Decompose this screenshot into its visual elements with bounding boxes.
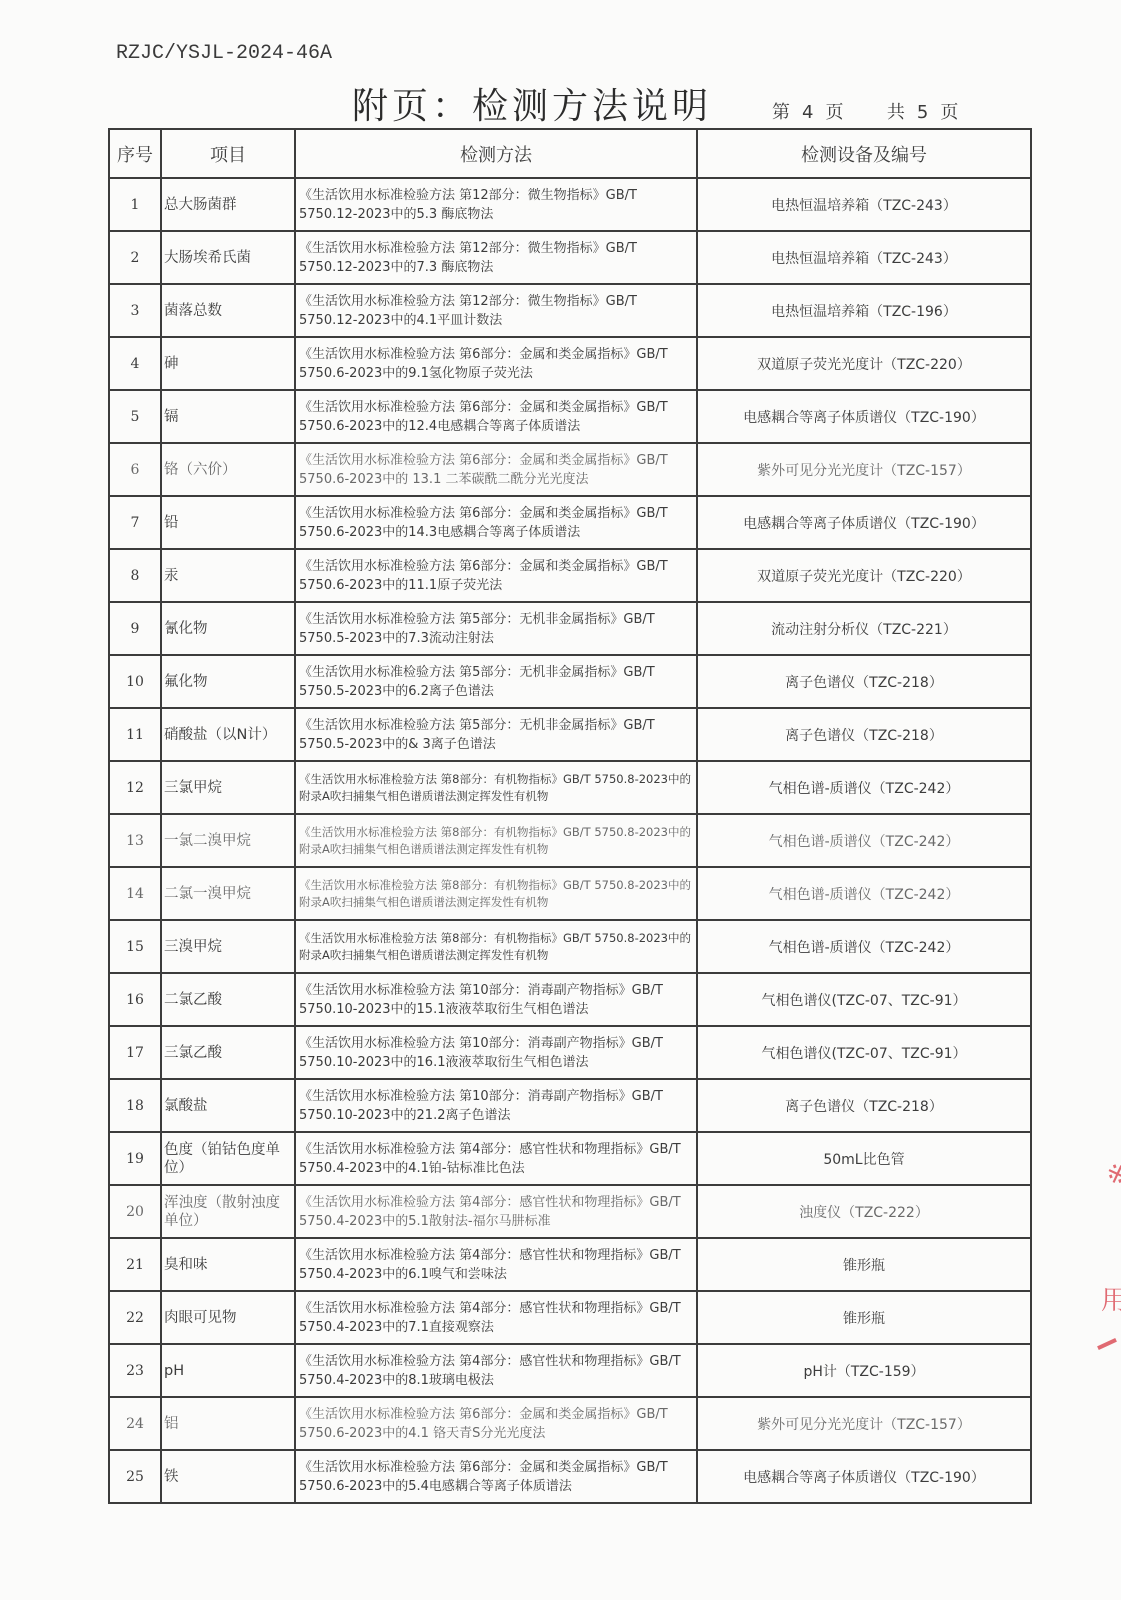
cell-method: 《生活饮用水标准检验方法 第6部分：金属和类金属指标》GB/T 5750.6-2… bbox=[295, 337, 697, 390]
cell-method: 《生活饮用水标准检验方法 第6部分：金属和类金属指标》GB/T 5750.6-2… bbox=[295, 549, 697, 602]
cell-method: 《生活饮用水标准检验方法 第4部分：感官性状和物理指标》GB/T 5750.4-… bbox=[295, 1132, 697, 1185]
column-header-item: 项目 bbox=[161, 129, 295, 178]
table-row: 5镉《生活饮用水标准检验方法 第6部分：金属和类金属指标》GB/T 5750.6… bbox=[109, 390, 1031, 443]
cell-equipment: 气相色谱-质谱仪（TZC-242） bbox=[697, 761, 1031, 814]
cell-item: 汞 bbox=[161, 549, 295, 602]
cell-method: 《生活饮用水标准检验方法 第8部分：有机物指标》GB/T 5750.8-2023… bbox=[295, 920, 697, 973]
cell-equipment: 紫外可见分光光度计（TZC-157） bbox=[697, 443, 1031, 496]
cell-number: 5 bbox=[109, 390, 161, 443]
cell-method: 《生活饮用水标准检验方法 第5部分：无机非金属指标》GB/T 5750.5-20… bbox=[295, 708, 697, 761]
cell-number: 10 bbox=[109, 655, 161, 708]
page-label-prefix: 第 bbox=[772, 102, 792, 123]
cell-method: 《生活饮用水标准检验方法 第6部分：金属和类金属指标》GB/T 5750.6-2… bbox=[295, 443, 697, 496]
cell-number: 4 bbox=[109, 337, 161, 390]
table-row: 13一氯二溴甲烷《生活饮用水标准检验方法 第8部分：有机物指标》GB/T 575… bbox=[109, 814, 1031, 867]
cell-number: 18 bbox=[109, 1079, 161, 1132]
cell-equipment: 双道原子荧光光度计（TZC-220） bbox=[697, 337, 1031, 390]
stamp-mark bbox=[1097, 1338, 1117, 1350]
cell-item: 镉 bbox=[161, 390, 295, 443]
table-row: 2大肠埃希氏菌《生活饮用水标准检验方法 第12部分：微生物指标》GB/T 575… bbox=[109, 231, 1031, 284]
cell-method: 《生活饮用水标准检验方法 第10部分：消毒副产物指标》GB/T 5750.10-… bbox=[295, 973, 697, 1026]
page-title: 附页：检测方法说明 bbox=[352, 78, 712, 129]
page-label-suffix: 页 bbox=[940, 102, 960, 123]
cell-item: 硝酸盐（以N计） bbox=[161, 708, 295, 761]
cell-number: 15 bbox=[109, 920, 161, 973]
cell-item: 氟化物 bbox=[161, 655, 295, 708]
cell-number: 24 bbox=[109, 1397, 161, 1450]
cell-equipment: 紫外可见分光光度计（TZC-157） bbox=[697, 1397, 1031, 1450]
cell-item: 三氯甲烷 bbox=[161, 761, 295, 814]
cell-equipment: 50mL比色管 bbox=[697, 1132, 1031, 1185]
cell-item: 三氯乙酸 bbox=[161, 1026, 295, 1079]
cell-number: 16 bbox=[109, 973, 161, 1026]
table-row: 9氰化物《生活饮用水标准检验方法 第5部分：无机非金属指标》GB/T 5750.… bbox=[109, 602, 1031, 655]
cell-item: 菌落总数 bbox=[161, 284, 295, 337]
cell-equipment: 气相色谱-质谱仪（TZC-242） bbox=[697, 814, 1031, 867]
cell-item: 铅 bbox=[161, 496, 295, 549]
table-row: 17三氯乙酸《生活饮用水标准检验方法 第10部分：消毒副产物指标》GB/T 57… bbox=[109, 1026, 1031, 1079]
cell-equipment: 电感耦合等离子体质谱仪（TZC-190） bbox=[697, 1450, 1031, 1503]
cell-item: 铬（六价） bbox=[161, 443, 295, 496]
table-row: 14二氯一溴甲烷《生活饮用水标准检验方法 第8部分：有机物指标》GB/T 575… bbox=[109, 867, 1031, 920]
cell-item: 铁 bbox=[161, 1450, 295, 1503]
column-header-equipment: 检测设备及编号 bbox=[697, 129, 1031, 178]
cell-number: 6 bbox=[109, 443, 161, 496]
table-row: 4砷《生活饮用水标准检验方法 第6部分：金属和类金属指标》GB/T 5750.6… bbox=[109, 337, 1031, 390]
table-row: 15三溴甲烷《生活饮用水标准检验方法 第8部分：有机物指标》GB/T 5750.… bbox=[109, 920, 1031, 973]
cell-equipment: pH计（TZC-159） bbox=[697, 1344, 1031, 1397]
table-row: 12三氯甲烷《生活饮用水标准检验方法 第8部分：有机物指标》GB/T 5750.… bbox=[109, 761, 1031, 814]
cell-item: 一氯二溴甲烷 bbox=[161, 814, 295, 867]
cell-number: 25 bbox=[109, 1450, 161, 1503]
cell-equipment: 气相色谱仪(TZC-07、TZC-91） bbox=[697, 973, 1031, 1026]
page-current: 4 bbox=[802, 102, 815, 123]
table-row: 1总大肠菌群《生活饮用水标准检验方法 第12部分：微生物指标》GB/T 5750… bbox=[109, 178, 1031, 231]
cell-equipment: 电感耦合等离子体质谱仪（TZC-190） bbox=[697, 390, 1031, 443]
cell-method: 《生活饮用水标准检验方法 第6部分：金属和类金属指标》GB/T 5750.6-2… bbox=[295, 496, 697, 549]
cell-equipment: 锥形瓶 bbox=[697, 1238, 1031, 1291]
cell-equipment: 离子色谱仪（TZC-218） bbox=[697, 708, 1031, 761]
cell-number: 20 bbox=[109, 1185, 161, 1238]
cell-method: 《生活饮用水标准检验方法 第4部分：感官性状和物理指标》GB/T 5750.4-… bbox=[295, 1291, 697, 1344]
cell-method: 《生活饮用水标准检验方法 第8部分：有机物指标》GB/T 5750.8-2023… bbox=[295, 761, 697, 814]
cell-equipment: 电感耦合等离子体质谱仪（TZC-190） bbox=[697, 496, 1031, 549]
document-code: RZJC/YSJL-2024-46A bbox=[116, 42, 332, 65]
cell-number: 23 bbox=[109, 1344, 161, 1397]
cell-number: 9 bbox=[109, 602, 161, 655]
table-row: 24铝《生活饮用水标准检验方法 第6部分：金属和类金属指标》GB/T 5750.… bbox=[109, 1397, 1031, 1450]
table-row: 16二氯乙酸《生活饮用水标准检验方法 第10部分：消毒副产物指标》GB/T 57… bbox=[109, 973, 1031, 1026]
cell-method: 《生活饮用水标准检验方法 第4部分：感官性状和物理指标》GB/T 5750.4-… bbox=[295, 1238, 697, 1291]
cell-equipment: 离子色谱仪（TZC-218） bbox=[697, 655, 1031, 708]
cell-method: 《生活饮用水标准检验方法 第12部分：微生物指标》GB/T 5750.12-20… bbox=[295, 231, 697, 284]
table-row: 6铬（六价）《生活饮用水标准检验方法 第6部分：金属和类金属指标》GB/T 57… bbox=[109, 443, 1031, 496]
cell-item: pH bbox=[161, 1344, 295, 1397]
cell-equipment: 气相色谱-质谱仪（TZC-242） bbox=[697, 867, 1031, 920]
cell-item: 铝 bbox=[161, 1397, 295, 1450]
cell-item: 二氯乙酸 bbox=[161, 973, 295, 1026]
cell-equipment: 浊度仪（TZC-222） bbox=[697, 1185, 1031, 1238]
cell-method: 《生活饮用水标准检验方法 第8部分：有机物指标》GB/T 5750.8-2023… bbox=[295, 867, 697, 920]
cell-number: 8 bbox=[109, 549, 161, 602]
cell-number: 7 bbox=[109, 496, 161, 549]
cell-item: 浑浊度（散射浊度单位） bbox=[161, 1185, 295, 1238]
cell-equipment: 电热恒温培养箱（TZC-243） bbox=[697, 178, 1031, 231]
column-header-no: 序号 bbox=[109, 129, 161, 178]
cell-equipment: 气相色谱-质谱仪（TZC-242） bbox=[697, 920, 1031, 973]
cell-number: 19 bbox=[109, 1132, 161, 1185]
table-header-row: 序号 项目 检测方法 检测设备及编号 bbox=[109, 129, 1031, 178]
table-row: 18氯酸盐《生活饮用水标准检验方法 第10部分：消毒副产物指标》GB/T 575… bbox=[109, 1079, 1031, 1132]
red-seal-stamp-fragment: ※ 用 bbox=[1093, 1150, 1121, 1370]
cell-equipment: 电热恒温培养箱（TZC-196） bbox=[697, 284, 1031, 337]
cell-number: 1 bbox=[109, 178, 161, 231]
cell-item: 大肠埃希氏菌 bbox=[161, 231, 295, 284]
cell-method: 《生活饮用水标准检验方法 第5部分：无机非金属指标》GB/T 5750.5-20… bbox=[295, 602, 697, 655]
cell-number: 22 bbox=[109, 1291, 161, 1344]
cell-equipment: 流动注射分析仪（TZC-221） bbox=[697, 602, 1031, 655]
methods-table: 序号 项目 检测方法 检测设备及编号 1总大肠菌群《生活饮用水标准检验方法 第1… bbox=[108, 128, 1032, 1504]
table-row: 21臭和味《生活饮用水标准检验方法 第4部分：感官性状和物理指标》GB/T 57… bbox=[109, 1238, 1031, 1291]
cell-number: 12 bbox=[109, 761, 161, 814]
cell-method: 《生活饮用水标准检验方法 第6部分：金属和类金属指标》GB/T 5750.6-2… bbox=[295, 1397, 697, 1450]
cell-number: 13 bbox=[109, 814, 161, 867]
cell-item: 三溴甲烷 bbox=[161, 920, 295, 973]
cell-number: 17 bbox=[109, 1026, 161, 1079]
table-row: 7铅《生活饮用水标准检验方法 第6部分：金属和类金属指标》GB/T 5750.6… bbox=[109, 496, 1031, 549]
cell-number: 11 bbox=[109, 708, 161, 761]
cell-method: 《生活饮用水标准检验方法 第6部分：金属和类金属指标》GB/T 5750.6-2… bbox=[295, 1450, 697, 1503]
page-total-prefix: 共 bbox=[887, 102, 907, 123]
cell-equipment: 电热恒温培养箱（TZC-243） bbox=[697, 231, 1031, 284]
cell-method: 《生活饮用水标准检验方法 第4部分：感官性状和物理指标》GB/T 5750.4-… bbox=[295, 1344, 697, 1397]
table-row: 23pH《生活饮用水标准检验方法 第4部分：感官性状和物理指标》GB/T 575… bbox=[109, 1344, 1031, 1397]
cell-method: 《生活饮用水标准检验方法 第6部分：金属和类金属指标》GB/T 5750.6-2… bbox=[295, 390, 697, 443]
cell-method: 《生活饮用水标准检验方法 第10部分：消毒副产物指标》GB/T 5750.10-… bbox=[295, 1079, 697, 1132]
cell-number: 3 bbox=[109, 284, 161, 337]
cell-method: 《生活饮用水标准检验方法 第5部分：无机非金属指标》GB/T 5750.5-20… bbox=[295, 655, 697, 708]
column-header-method: 检测方法 bbox=[295, 129, 697, 178]
table-row: 11硝酸盐（以N计）《生活饮用水标准检验方法 第5部分：无机非金属指标》GB/T… bbox=[109, 708, 1031, 761]
cell-number: 2 bbox=[109, 231, 161, 284]
cell-equipment: 双道原子荧光光度计（TZC-220） bbox=[697, 549, 1031, 602]
cell-item: 总大肠菌群 bbox=[161, 178, 295, 231]
page-label-mid: 页 bbox=[825, 102, 845, 123]
table-row: 25铁《生活饮用水标准检验方法 第6部分：金属和类金属指标》GB/T 5750.… bbox=[109, 1450, 1031, 1503]
stamp-glyph: ※ bbox=[1103, 1157, 1121, 1193]
cell-item: 臭和味 bbox=[161, 1238, 295, 1291]
cell-equipment: 离子色谱仪（TZC-218） bbox=[697, 1079, 1031, 1132]
cell-method: 《生活饮用水标准检验方法 第4部分：感官性状和物理指标》GB/T 5750.4-… bbox=[295, 1185, 697, 1238]
cell-method: 《生活饮用水标准检验方法 第12部分：微生物指标》GB/T 5750.12-20… bbox=[295, 284, 697, 337]
cell-item: 氯酸盐 bbox=[161, 1079, 295, 1132]
cell-item: 色度（铂钴色度单位） bbox=[161, 1132, 295, 1185]
cell-item: 氰化物 bbox=[161, 602, 295, 655]
table-row: 20浑浊度（散射浊度单位）《生活饮用水标准检验方法 第4部分：感官性状和物理指标… bbox=[109, 1185, 1031, 1238]
cell-method: 《生活饮用水标准检验方法 第8部分：有机物指标》GB/T 5750.8-2023… bbox=[295, 814, 697, 867]
cell-item: 肉眼可见物 bbox=[161, 1291, 295, 1344]
cell-method: 《生活饮用水标准检验方法 第10部分：消毒副产物指标》GB/T 5750.10-… bbox=[295, 1026, 697, 1079]
table-row: 3菌落总数《生活饮用水标准检验方法 第12部分：微生物指标》GB/T 5750.… bbox=[109, 284, 1031, 337]
cell-method: 《生活饮用水标准检验方法 第12部分：微生物指标》GB/T 5750.12-20… bbox=[295, 178, 697, 231]
cell-equipment: 气相色谱仪(TZC-07、TZC-91） bbox=[697, 1026, 1031, 1079]
stamp-glyph: 用 bbox=[1101, 1280, 1121, 1317]
page-indicator: 第4页 共5页 bbox=[772, 98, 970, 124]
cell-item: 二氯一溴甲烷 bbox=[161, 867, 295, 920]
page-total: 5 bbox=[917, 102, 930, 123]
cell-equipment: 锥形瓶 bbox=[697, 1291, 1031, 1344]
table-row: 22肉眼可见物《生活饮用水标准检验方法 第4部分：感官性状和物理指标》GB/T … bbox=[109, 1291, 1031, 1344]
cell-number: 14 bbox=[109, 867, 161, 920]
cell-number: 21 bbox=[109, 1238, 161, 1291]
cell-item: 砷 bbox=[161, 337, 295, 390]
table-row: 10氟化物《生活饮用水标准检验方法 第5部分：无机非金属指标》GB/T 5750… bbox=[109, 655, 1031, 708]
table-row: 19色度（铂钴色度单位）《生活饮用水标准检验方法 第4部分：感官性状和物理指标》… bbox=[109, 1132, 1031, 1185]
table-row: 8汞《生活饮用水标准检验方法 第6部分：金属和类金属指标》GB/T 5750.6… bbox=[109, 549, 1031, 602]
